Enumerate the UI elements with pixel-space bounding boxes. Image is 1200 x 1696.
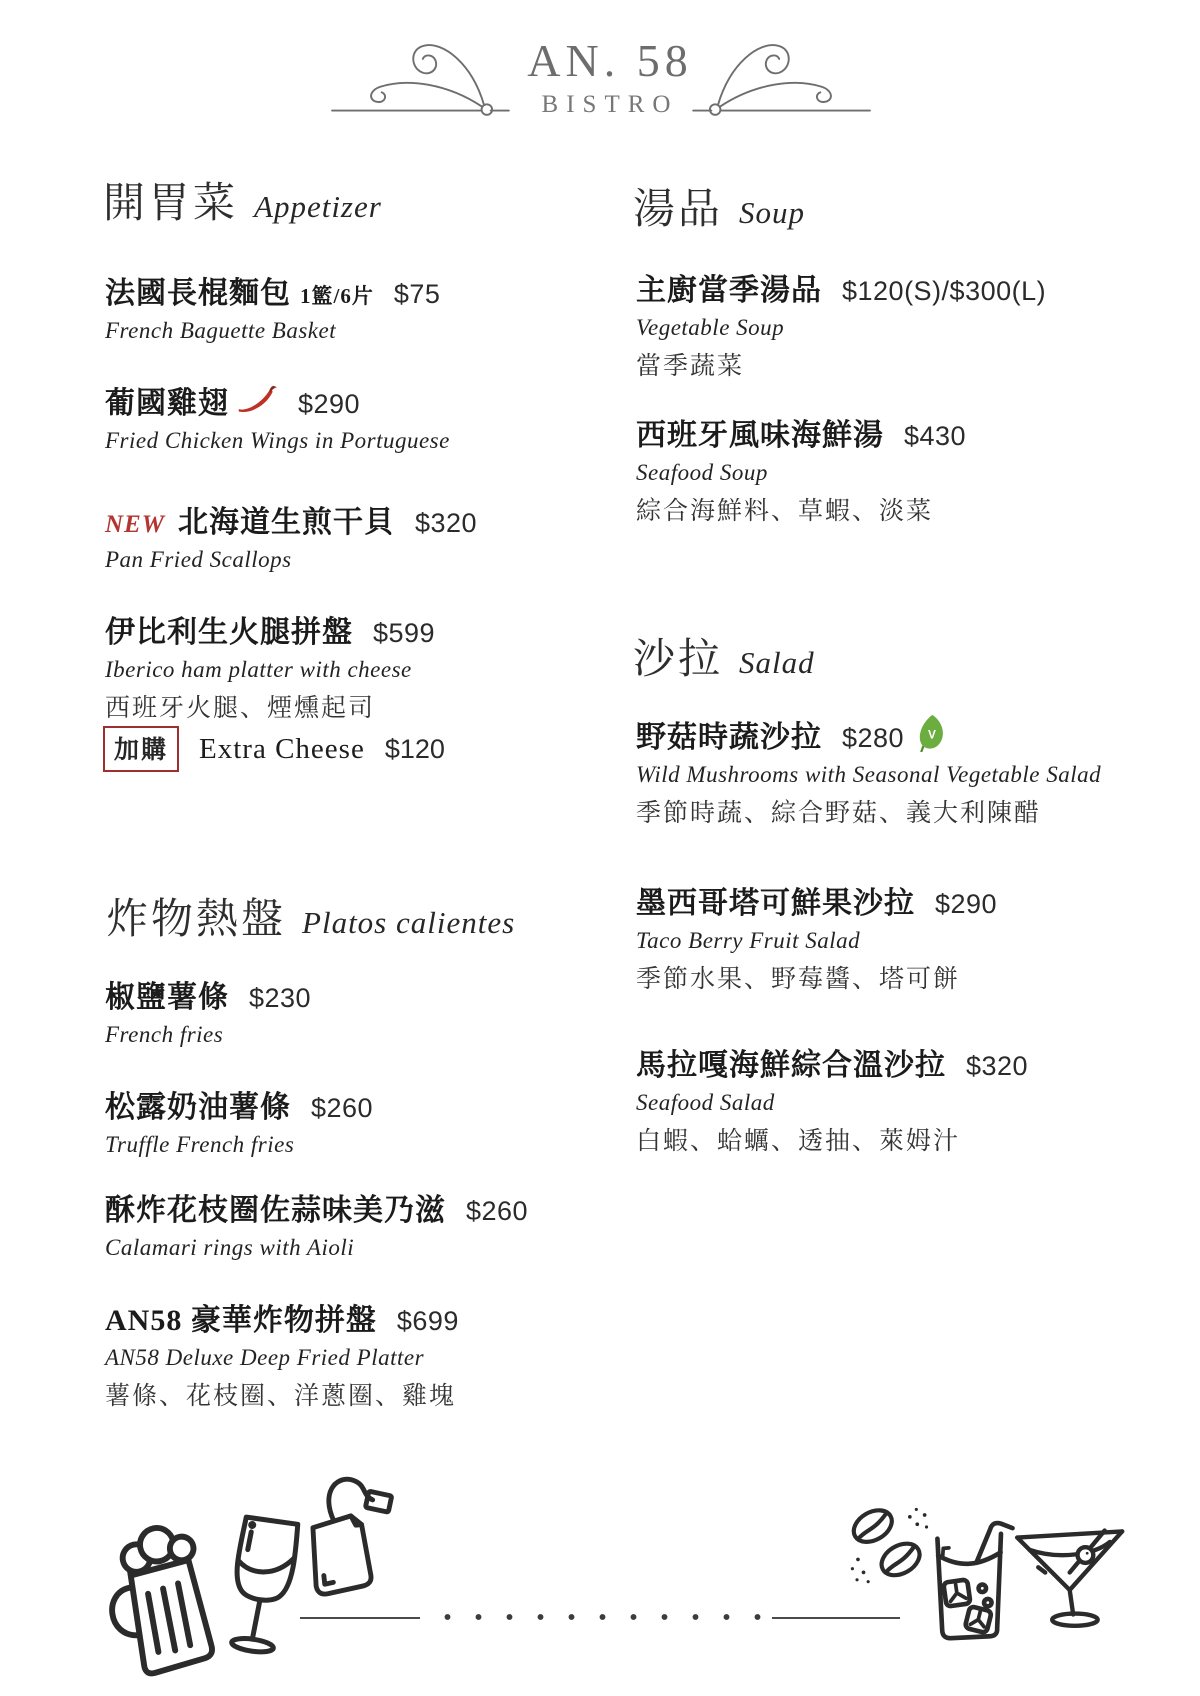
item-price: $120(S)/$300(L) [842, 276, 1046, 307]
section-title-zh: 沙拉 [633, 626, 723, 686]
menu-item: AN58 豪華炸物拼盤 $699 AN58 Deluxe Deep Fried … [105, 1295, 459, 1413]
section-title-zh: 湯品 [633, 176, 723, 236]
menu-item: 馬拉嘎海鮮綜合溫沙拉 $320 Seafood Salad 白蝦、蛤蠣、透抽、萊… [636, 1040, 1028, 1158]
item-title-row: 馬拉嘎海鮮綜合溫沙拉 $320 [636, 1040, 1028, 1084]
item-price: $430 [904, 421, 966, 452]
martini-glass-icon [1012, 1520, 1130, 1632]
item-name-zh: 葡國雞翅 [105, 378, 229, 422]
dotted-separator [432, 1613, 768, 1621]
flourish-icon-right [692, 36, 874, 122]
item-title-row: 墨西哥塔可鮮果沙拉 $290 [636, 878, 997, 922]
item-title-row: 松露奶油薯條 $260 [105, 1082, 373, 1126]
menu-item: NEW 北海道生煎干貝 $320 Pan Fried Scallops [105, 497, 477, 575]
item-title-row: 椒鹽薯條 $230 [105, 972, 311, 1016]
addon-price: $120 [385, 734, 445, 765]
item-title-row: 西班牙風味海鮮湯 $430 [636, 410, 966, 454]
item-name-en: Fried Chicken Wings in Portuguese [105, 426, 450, 456]
addon-tag: 加購 [103, 726, 179, 772]
item-title-row: NEW 北海道生煎干貝 $320 [105, 497, 477, 541]
item-name-en: Calamari rings with Aioli [105, 1233, 528, 1263]
item-price: $230 [249, 983, 311, 1014]
item-name-zh: 西班牙風味海鮮湯 [636, 410, 884, 454]
item-name-zh: 墨西哥塔可鮮果沙拉 [636, 878, 915, 922]
item-price: $599 [373, 618, 435, 649]
item-name-en: French Baguette Basket [105, 316, 440, 346]
section-title-en: Appetizer [254, 189, 382, 225]
item-name-en: Pan Fried Scallops [105, 545, 477, 575]
item-title-row: AN58 豪華炸物拼盤 $699 [105, 1295, 459, 1339]
leaf-v-icon: V [916, 714, 947, 754]
item-desc: 季節水果、野莓醬、塔可餅 [636, 964, 997, 996]
item-desc: 季節時蔬、綜合野菇、義大利陳醋 [636, 798, 1101, 830]
tea-bag-icon [285, 1468, 397, 1610]
item-name-zh: 松露奶油薯條 [105, 1082, 291, 1126]
new-badge: NEW [105, 511, 165, 539]
item-desc: 薯條、花枝圈、洋蔥圈、雞塊 [105, 1381, 459, 1413]
menu-item: 葡國雞翅 $290 Fried Chicken Wings in Portugu… [105, 378, 450, 456]
menu-item: 酥炸花枝圈佐蒜味美乃滋 $260 Calamari rings with Aio… [105, 1185, 528, 1263]
item-title-row: 伊比利生火腿拼盤 $599 [105, 607, 435, 651]
menu-item: 法國長棍麵包 1籃/6片 $75 French Baguette Basket [105, 268, 440, 346]
item-name-en: Truffle French fries [105, 1130, 373, 1160]
item-price: $320 [966, 1051, 1028, 1082]
item-price: $260 [466, 1196, 528, 1227]
menu-item: 野菇時蔬沙拉 $280 V Wild Mushrooms with Season… [636, 712, 1101, 830]
item-name-zh: 野菇時蔬沙拉 [636, 712, 822, 756]
item-name-en: Seafood Salad [636, 1088, 1028, 1118]
item-title-row: 野菇時蔬沙拉 $280 V [636, 712, 1101, 756]
menu-item: 松露奶油薯條 $260 Truffle French fries [105, 1082, 373, 1160]
separator-line-left [300, 1617, 420, 1619]
item-price: $320 [415, 508, 477, 539]
section-title-zh: 開胃菜 [103, 170, 238, 230]
menu-item: 西班牙風味海鮮湯 $430 Seafood Soup 綜合海鮮料、草蝦、淡菜 [636, 410, 966, 528]
item-title-row: 主廚當季湯品 $120(S)/$300(L) [636, 265, 1046, 309]
item-desc: 當季蔬菜 [636, 351, 1046, 383]
menu-item: 伊比利生火腿拼盤 $599 Iberico ham platter with c… [105, 607, 435, 725]
item-name-zh: 北海道生煎干貝 [178, 497, 395, 541]
menu-item: 主廚當季湯品 $120(S)/$300(L) Vegetable Soup 當季… [636, 265, 1046, 383]
section-title-salad: 沙拉 Salad [633, 626, 815, 686]
item-desc: 西班牙火腿、煙燻起司 [105, 693, 435, 725]
section-title-appetizer: 開胃菜 Appetizer [103, 170, 382, 230]
item-name-en: Taco Berry Fruit Salad [636, 926, 997, 956]
section-title-hot-fried: 炸物熱盤 Platos calientes [106, 886, 515, 946]
item-price: $75 [394, 279, 441, 310]
menu-page: AN. 58 BISTRO 開胃菜 Appetizer 法國長棍麵包 1籃/6片… [0, 0, 1200, 1696]
item-desc: 白蝦、蛤蠣、透抽、萊姆汁 [636, 1126, 1028, 1158]
chili-icon [236, 385, 278, 415]
section-title-en: Platos calientes [302, 905, 515, 941]
item-title-row: 葡國雞翅 $290 [105, 378, 450, 422]
item-title-row: 法國長棍麵包 1籃/6片 $75 [105, 268, 440, 312]
juice-glass-icon [918, 1508, 1020, 1650]
item-portion: 1籃/6片 [300, 280, 374, 310]
addon-label: Extra Cheese [199, 733, 365, 766]
menu-item: 椒鹽薯條 $230 French fries [105, 972, 311, 1050]
item-name-en: AN58 Deluxe Deep Fried Platter [105, 1343, 459, 1373]
item-name-zh: 椒鹽薯條 [105, 972, 229, 1016]
item-price: $699 [397, 1306, 459, 1337]
item-price: $280 [842, 723, 904, 754]
menu-item: 墨西哥塔可鮮果沙拉 $290 Taco Berry Fruit Salad 季節… [636, 878, 997, 996]
item-title-row: 酥炸花枝圈佐蒜味美乃滋 $260 [105, 1185, 528, 1229]
item-price: $290 [935, 889, 997, 920]
section-title-zh: 炸物熱盤 [106, 886, 286, 946]
item-name-en: Vegetable Soup [636, 313, 1046, 343]
item-name-zh: AN58 豪華炸物拼盤 [105, 1295, 377, 1339]
item-name-zh: 主廚當季湯品 [636, 265, 822, 309]
item-price: $260 [311, 1093, 373, 1124]
item-name-zh: 法國長棍麵包 [105, 268, 291, 312]
item-price: $290 [298, 389, 360, 420]
svg-text:V: V [928, 728, 936, 742]
item-desc: 綜合海鮮料、草蝦、淡菜 [636, 496, 966, 528]
item-name-zh: 酥炸花枝圈佐蒜味美乃滋 [105, 1185, 446, 1229]
item-name-en: Seafood Soup [636, 458, 966, 488]
section-title-en: Salad [739, 645, 815, 681]
section-title-en: Soup [739, 195, 805, 231]
item-name-zh: 馬拉嘎海鮮綜合溫沙拉 [636, 1040, 946, 1084]
item-name-en: French fries [105, 1020, 311, 1050]
addon-row: 加購 Extra Cheese $120 [103, 726, 445, 772]
separator-line-right [772, 1617, 900, 1619]
section-title-soup: 湯品 Soup [633, 176, 805, 236]
item-name-en: Wild Mushrooms with Seasonal Vegetable S… [636, 760, 1101, 790]
item-name-zh: 伊比利生火腿拼盤 [105, 607, 353, 651]
item-name-en: Iberico ham platter with cheese [105, 655, 435, 685]
